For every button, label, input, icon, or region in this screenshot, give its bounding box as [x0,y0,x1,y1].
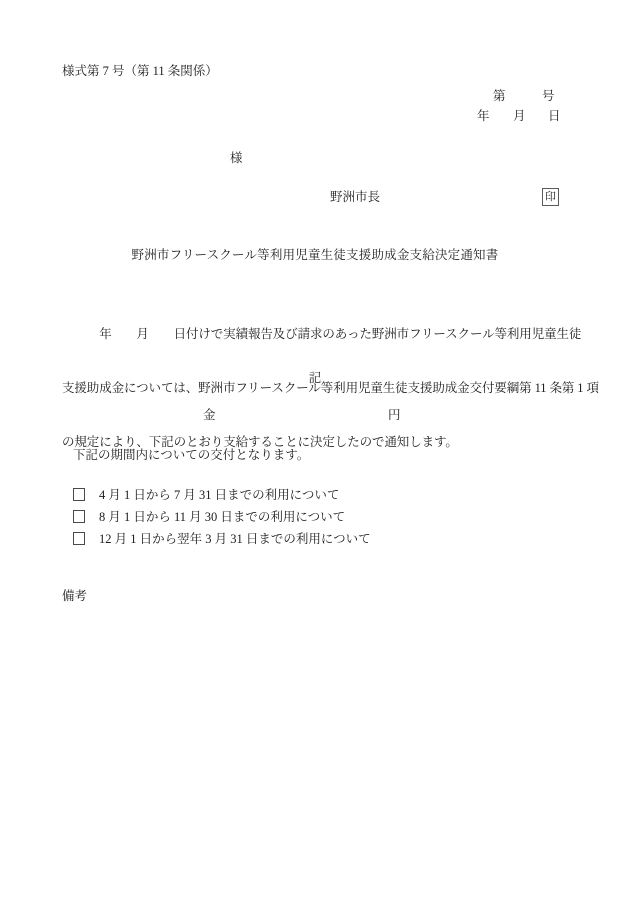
amount-suffix: 円 [388,407,401,423]
document-title: 野洲市フリースクール等利用児童生徒支援助成金支給決定通知書 [0,247,630,263]
period-option-label: 12 月 1 日から翌年 3 月 31 日までの利用について [99,531,371,547]
record-marker: 記 [0,370,630,386]
period-option-row: 4 月 1 日から 7 月 31 日までの利用について [73,487,339,503]
amount-prefix: 金 [203,407,216,423]
period-option-row: 12 月 1 日から翌年 3 月 31 日までの利用について [73,531,371,547]
period-option-label: 4 月 1 日から 7 月 31 日までの利用について [99,487,339,503]
doc-number-prefix: 第 [493,88,506,104]
document-page: 様式第 7 号（第 11 条関係） 第 号 年 月 日 様 野洲市長 印 野洲市… [0,0,630,903]
checkbox-icon [73,532,85,545]
date-month-label: 月 [513,108,526,124]
remarks-label: 備考 [62,588,87,604]
date-year-label: 年 [477,108,490,124]
seal-placeholder-box: 印 [542,188,559,206]
period-option-label: 8 月 1 日から 11 月 30 日までの利用について [99,509,345,525]
sender-title: 野洲市長 [330,189,380,205]
addressee-honorific: 様 [230,150,243,166]
date-day-label: 日 [548,108,561,124]
seal-label: 印 [545,192,556,203]
period-option-row: 8 月 1 日から 11 月 30 日までの利用について [73,509,345,525]
doc-number-suffix: 号 [542,88,555,104]
period-note: 下記の期間内についての交付となります。 [73,447,309,463]
form-number: 様式第 7 号（第 11 条関係） [62,63,218,79]
checkbox-icon [73,488,85,501]
body-line: 年 月 日付けで実績報告及び請求のあった野洲市フリースクール等利用児童生徒 [62,323,582,345]
checkbox-icon [73,510,85,523]
